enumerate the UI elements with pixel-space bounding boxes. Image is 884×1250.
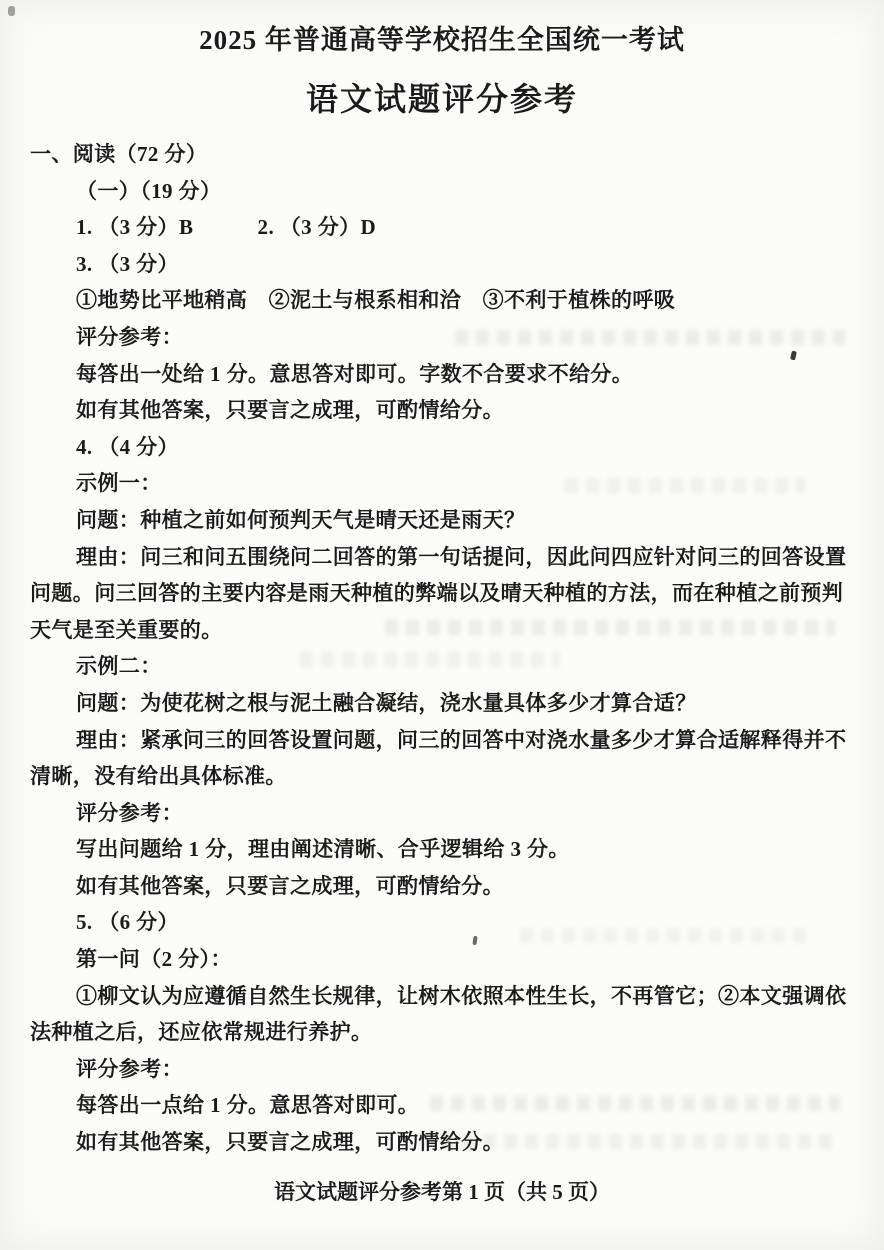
text-line: 清晰，没有给出具体标准。 <box>30 758 856 795</box>
scan-speck <box>8 6 15 16</box>
text-line: ①柳文认为应遵循自然生长规律，让树木依照本性生长，不再管它；②本文强调依 <box>30 978 856 1015</box>
text-line: 示例二： <box>30 648 856 685</box>
text-line: 法种植之后，还应依常规进行养护。 <box>30 1014 856 1051</box>
text-line: 4. （4 分） <box>30 429 856 466</box>
text-line: 评分参考： <box>30 1051 856 1088</box>
text-line: 3. （3 分） <box>30 246 856 283</box>
scanned-document-page: 2025 年普通高等学校招生全国统一考试 语文试题评分参考 一、阅读（72 分）… <box>0 0 884 1250</box>
text-line: 理由：紧承问三的回答设置问题，问三的回答中对浇水量多少才算合适解释得并不 <box>30 722 856 759</box>
text-line: 一、阅读（72 分） <box>30 136 856 173</box>
text-line: 问题。问三回答的主要内容是雨天种植的弊端以及晴天种植的方法，而在种植之前预判 <box>30 575 856 612</box>
exam-title: 2025 年普通高等学校招生全国统一考试 <box>0 0 884 58</box>
document-body: 一、阅读（72 分）（一）（19 分）1. （3 分）B 2. （3 分）D3.… <box>0 136 884 1161</box>
text-line: 理由：问三和问五围绕问二回答的第一句话提问，因此问四应针对问三的回答设置 <box>30 539 856 576</box>
text-line: 第一问（2 分）： <box>30 941 856 978</box>
text-line: 1. （3 分）B 2. （3 分）D <box>30 209 856 246</box>
text-line: 每答出一处给 1 分。意思答对即可。字数不合要求不给分。 <box>30 356 856 393</box>
text-line: （一）（19 分） <box>30 173 856 210</box>
text-line: 评分参考： <box>30 319 856 356</box>
text-line: 5. （6 分） <box>30 904 856 941</box>
text-line: 天气是至关重要的。 <box>30 612 856 649</box>
document-subtitle: 语文试题评分参考 <box>0 78 884 120</box>
page-footer: 语文试题评分参考第 1 页（共 5 页） <box>0 1176 884 1206</box>
text-line: 问题：为使花树之根与泥土融合凝结，浇水量具体多少才算合适？ <box>30 685 856 722</box>
text-line: 评分参考： <box>30 795 856 832</box>
text-line: 每答出一点给 1 分。意思答对即可。 <box>30 1087 856 1124</box>
text-line: ①地势比平地稍高 ②泥土与根系相和洽 ③不利于植株的呼吸 <box>30 282 856 319</box>
text-line: 写出问题给 1 分，理由阐述清晰、合乎逻辑给 3 分。 <box>30 831 856 868</box>
text-line: 如有其他答案，只要言之成理，可酌情给分。 <box>30 392 856 429</box>
text-line: 示例一： <box>30 465 856 502</box>
text-line: 如有其他答案，只要言之成理，可酌情给分。 <box>30 1124 856 1161</box>
text-line: 如有其他答案，只要言之成理，可酌情给分。 <box>30 868 856 905</box>
text-line: 问题：种植之前如何预判天气是晴天还是雨天？ <box>30 502 856 539</box>
